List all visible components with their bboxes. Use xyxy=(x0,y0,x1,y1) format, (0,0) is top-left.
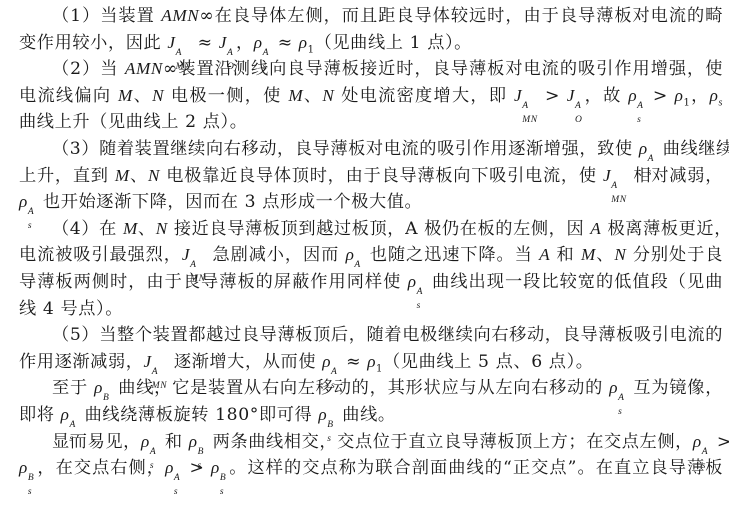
text-line: 即将 ρAs 曲线绕薄板旋转 180°即可得 ρBs 曲线。 xyxy=(19,402,723,428)
document-page: （1）当装置 AMN∞在良导体左侧，而且距良导体较远时，由于良导薄板对电流的畸变… xyxy=(0,0,729,508)
text-line: 作用逐渐减弱，JAMN 逐渐增大，从而使 ρAs ≈ ρ1（见曲线上 5 点、6… xyxy=(19,349,723,375)
text-line: ρBs，在交点右侧，ρAs > ρBs。这样的交点称为联合剖面曲线的“正交点”。… xyxy=(19,455,723,481)
text-line: 电流被吸引最强烈，JAMN 急剧减小，因而 ρAs 也随之迅速下降。当 A 和 … xyxy=(19,242,723,268)
text-line: （4）在 M、N 接近良导薄板顶到越过板顶，A 极仍在板的左侧，因 A 极离薄板… xyxy=(52,216,723,242)
text-line: （5）当整个装置都越过良导薄板顶后，随着电极继续向右移动，良导薄板吸引电流的 xyxy=(52,322,723,348)
text-line: 上升，直到 M、N 电极靠近良导体顶时，由于良导薄板向下吸引电流，使 JAMN … xyxy=(19,163,723,189)
text-line: （3）随着装置继续向右移动，良导薄板对电流的吸引作用逐渐增强，致使 ρAs 曲线… xyxy=(52,136,723,162)
text-line: （1）当装置 AMN∞在良导体左侧，而且距良导体较远时，由于良导薄板对电流的畸 xyxy=(52,3,723,29)
text-line: 显而易见，ρAs 和 ρBs 两条曲线相交，交点位于直立良导薄板顶上方；在交点左… xyxy=(52,429,723,455)
text-line: ρAs 也开始逐渐下降，因而在 3 点形成一个极大值。 xyxy=(19,189,723,215)
text-line: （2）当 AMN∞装置沿测线向良导薄板接近时，良导薄板对电流的吸引作用增强，使 xyxy=(52,56,723,82)
text-line: 电流线偏向 M、N 电极一侧，使 M、N 处电流密度增大，即 JAMN > JA… xyxy=(19,83,723,109)
text-line: 至于 ρBs 曲线，它是装置从右向左移动的，其形状应与从左向右移动的 ρAs 互… xyxy=(52,375,723,401)
text-line: 导薄板两侧时，由于良导薄板的屏蔽作用同样使 ρAs 曲线出现一段比较宽的低值段（… xyxy=(19,269,723,295)
text-line: 曲线上升（见曲线上 2 点）。 xyxy=(19,109,723,135)
text-line: 线 4 号点）。 xyxy=(19,296,723,322)
text-line: 变作用较小，因此 JAMN ≈ JAO，ρAs ≈ ρ1（见曲线上 1 点）。 xyxy=(19,30,723,56)
